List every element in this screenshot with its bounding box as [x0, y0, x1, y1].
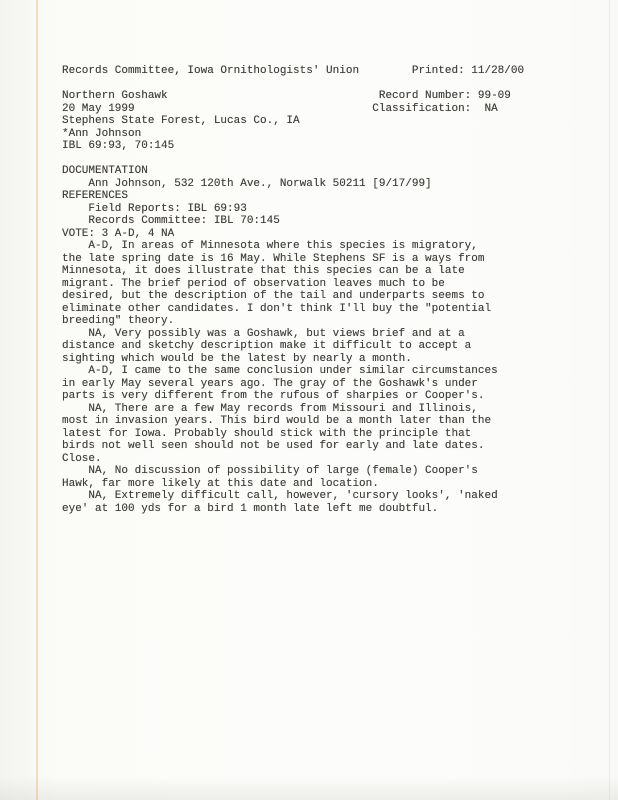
document-text: Records Committee, Iowa Ornithologists' …	[62, 65, 524, 515]
scanned-document-page: Records Committee, Iowa Ornithologists' …	[0, 0, 618, 800]
page-right-edge-line	[609, 0, 610, 800]
page-crease-line	[36, 0, 38, 800]
page-bottom-shadow	[0, 776, 618, 800]
